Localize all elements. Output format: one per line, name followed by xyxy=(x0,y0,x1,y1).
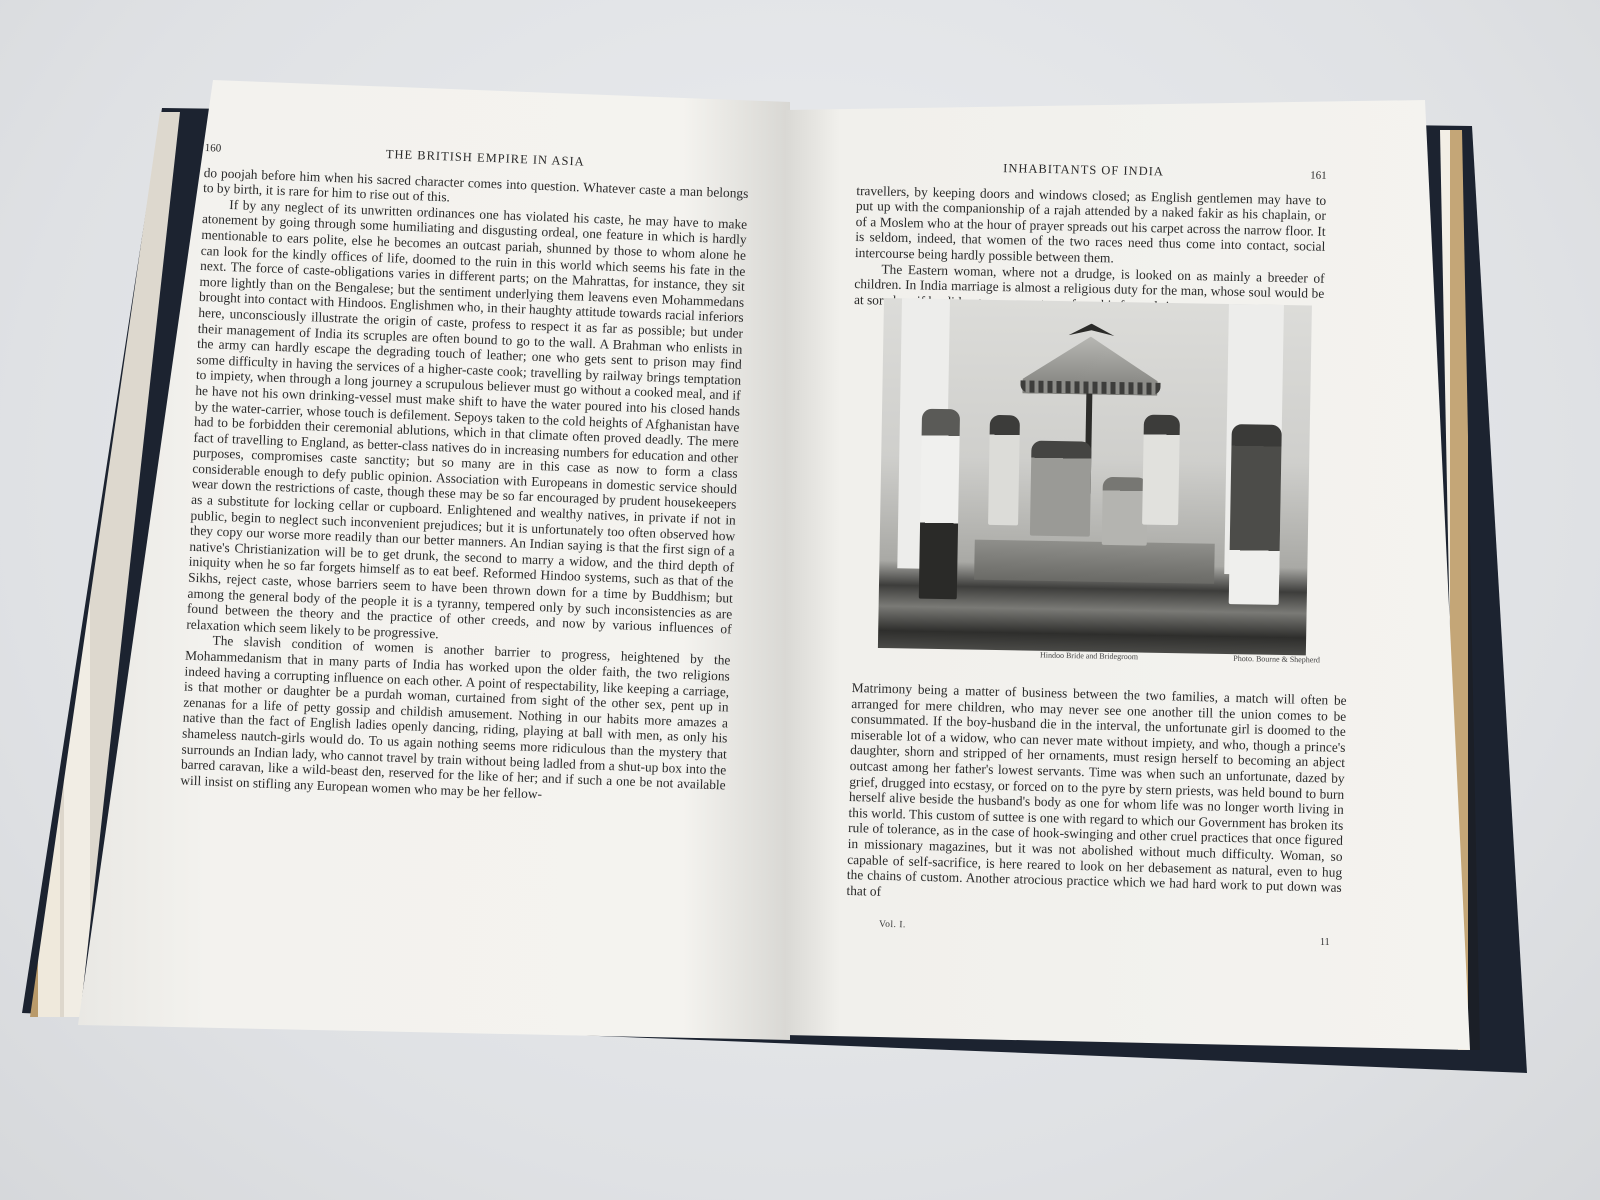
paragraph: If by any neglect of its unwritten ordin… xyxy=(186,196,747,653)
paragraph: Matrimony being a matter of business bet… xyxy=(846,680,1347,911)
paragraph: travellers, by keeping doors and windows… xyxy=(855,183,1327,271)
signature-mark: Vol. I. xyxy=(879,920,906,931)
figure-child-right xyxy=(1142,415,1180,526)
page-number: 160 xyxy=(204,141,221,157)
right-page-text-top: INHABITANTS OF INDIA 161 travellers, by … xyxy=(854,158,1327,317)
figure-caption: Hindoo Bride and Bridegroom xyxy=(1040,651,1138,662)
figure-bridegroom xyxy=(1030,441,1092,537)
figure-bride xyxy=(1102,477,1148,546)
figure-attendant-left xyxy=(919,409,960,600)
dais xyxy=(974,540,1215,584)
bird-ornament xyxy=(1068,323,1114,336)
figure-credit: Photo. Bourne & Shepherd xyxy=(1233,654,1320,665)
page-number: 161 xyxy=(1310,168,1327,184)
paragraph: The slavish condition of women is anothe… xyxy=(180,632,731,809)
photograph-bride-and-bridegroom xyxy=(878,298,1312,655)
right-page-text-bottom: Matrimony being a matter of business bet… xyxy=(846,680,1347,911)
figure-attendant-right xyxy=(1229,424,1282,605)
left-page-text: 160 THE BRITISH EMPIRE IN ASIA do poojah… xyxy=(180,140,749,809)
figure-child-left xyxy=(988,415,1020,526)
signature-number: 11 xyxy=(1320,937,1330,948)
